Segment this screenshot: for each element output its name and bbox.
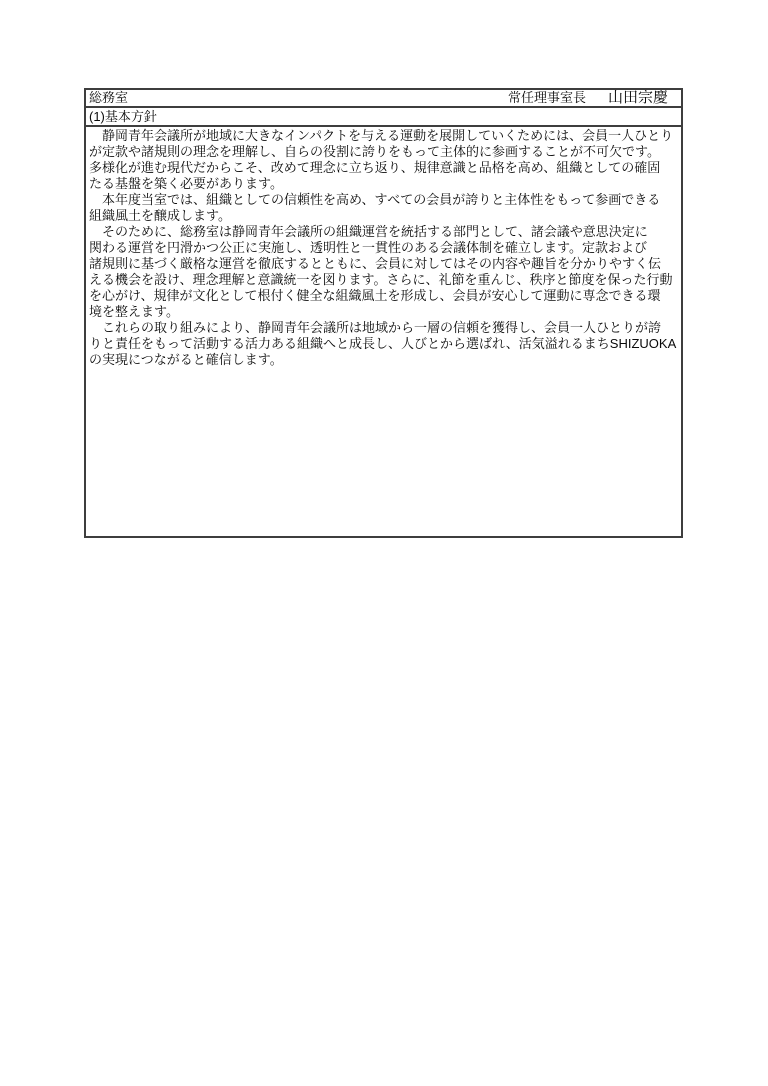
policy-body-cell: 静岡青年会議所が地域に大きなインパクトを与える運動を展開していくためには、会員一… — [86, 127, 681, 536]
table-header-row: 総務室 常任理事室長 山田宗慶 — [86, 90, 681, 108]
document-page: 総務室 常任理事室長 山田宗慶 (1)基本方針 静岡青年会議所が地域に大きなイン… — [0, 0, 768, 1086]
policy-paragraph: 本年度当室では、組織としての信頼性を高め、すべての会員が誇りと主体性をもって参画… — [89, 192, 678, 224]
officer-title: 常任理事室長 — [508, 90, 586, 106]
officer-info: 常任理事室長 山田宗慶 — [508, 90, 668, 106]
department-name: 総務室 — [89, 90, 128, 106]
officer-name: 山田宗慶 — [608, 90, 668, 106]
section-heading-row: (1)基本方針 — [86, 108, 681, 127]
committee-policy-table: 総務室 常任理事室長 山田宗慶 (1)基本方針 静岡青年会議所が地域に大きなイン… — [84, 88, 683, 538]
policy-paragraph: そのために、総務室は静岡青年会議所の組織運営を統括する部門として、諸会議や意思決… — [89, 224, 678, 320]
policy-paragraph: 静岡青年会議所が地域に大きなインパクトを与える運動を展開していくためには、会員一… — [89, 128, 678, 192]
section-heading: (1)基本方針 — [89, 108, 157, 125]
policy-paragraph: これらの取り組みにより、静岡青年会議所は地域から一層の信頼を獲得し、会員一人ひと… — [89, 320, 678, 368]
